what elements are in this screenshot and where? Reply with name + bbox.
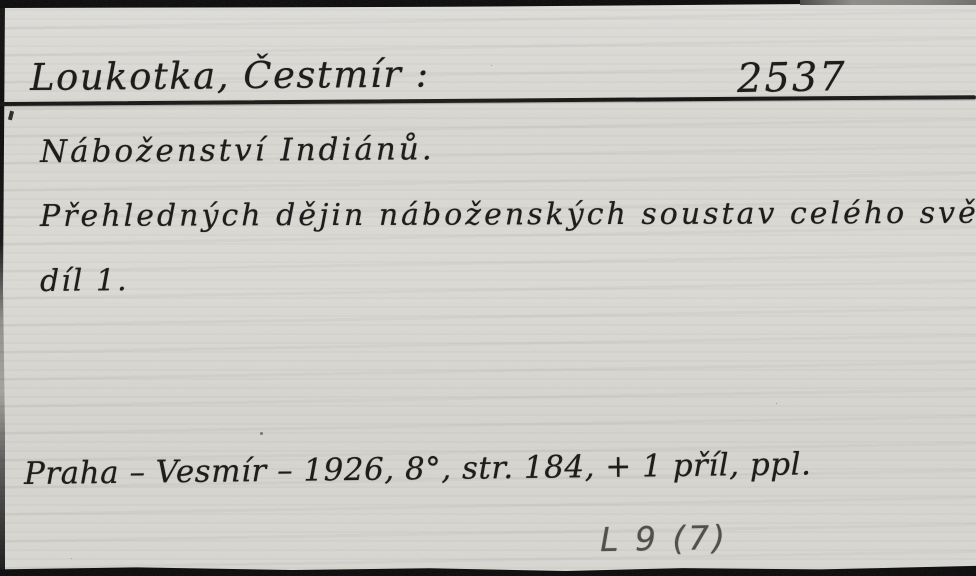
- imprint-line: Praha – Vesmír – 1926, 8°, str. 184, + 1…: [24, 446, 812, 492]
- scan-edge-bottom: [0, 565, 976, 576]
- scan-edge-top-fade: [800, 0, 976, 5]
- rule-tick-mark: [8, 111, 14, 121]
- scan-edge-left: [0, 0, 5, 576]
- card-number: 2537: [737, 54, 848, 102]
- catalog-card-scan: Loukotka, Čestmír : 2537 Náboženství Ind…: [0, 0, 976, 576]
- series-line: Přehledných dějin náboženských soustav c…: [40, 196, 976, 234]
- scan-edge-top: [0, 0, 812, 8]
- title-line: Náboženství Indiánů.: [40, 131, 435, 170]
- author-heading: Loukotka, Čestmír :: [30, 53, 430, 99]
- paper-speck: [260, 432, 263, 435]
- shelfmark: L 9 (7): [600, 518, 729, 559]
- volume-line: díl 1.: [40, 263, 129, 299]
